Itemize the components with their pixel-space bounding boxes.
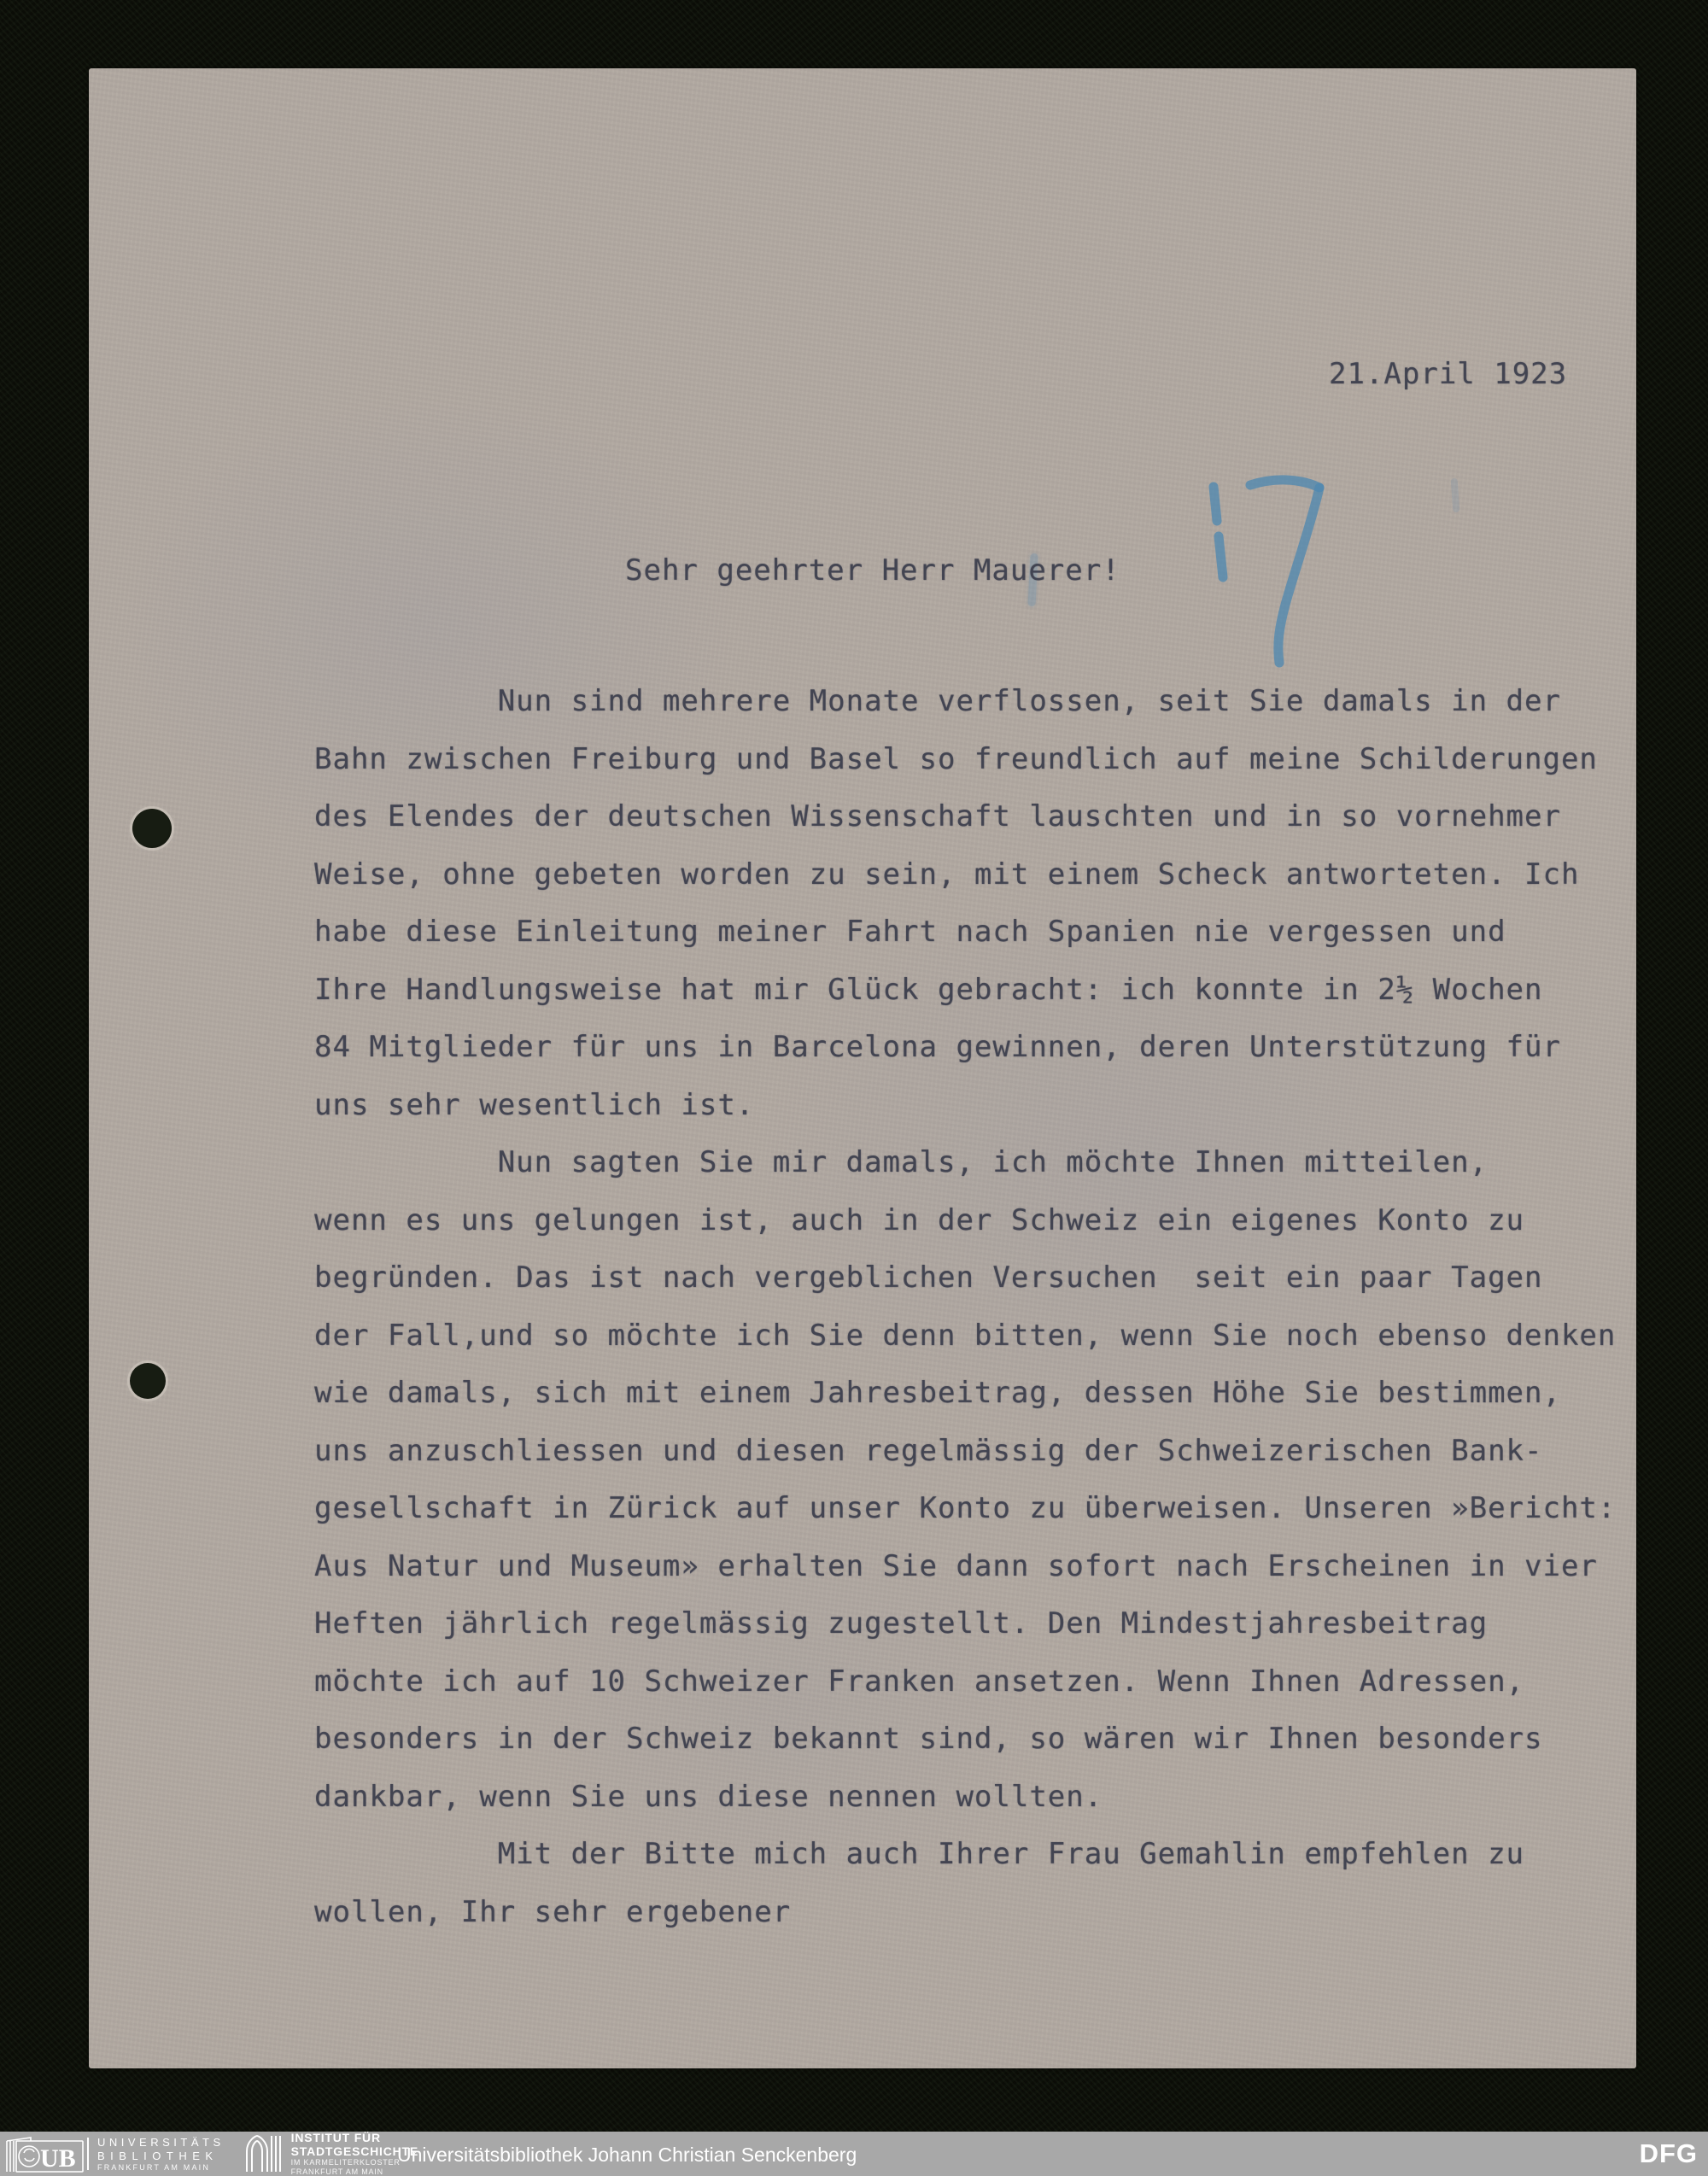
letter-line: Nun sind mehrere Monate verflossen, seit… [314,673,1616,731]
letter-line: der Fall,und so möchte ich Sie denn bitt… [314,1307,1616,1366]
letter-line: habe diese Einleitung meiner Fahrt nach … [314,904,1616,962]
letter-line: begründen. Das ist nach vergeblichen Ver… [314,1249,1616,1307]
ub-logo-text: UNIVERSITÄTS BIBLIOTHEK FRANKFURT AM MAI… [97,2137,225,2172]
letter-line: 84 Mitglieder für uns in Barcelona gewin… [314,1019,1616,1077]
letter-line: Heften jährlich regelmässig zugestellt. … [314,1595,1616,1653]
letter-date: 21.April 1923 [1329,357,1567,391]
letter-salutation: Sehr geehrter Herr Mauerer! [625,553,1120,588]
letter-line: Aus Natur und Museum» erhalten Sie dann … [314,1538,1616,1596]
library-credit: Universitätsbibliothek Johann Christian … [397,2144,857,2167]
ub-logo-icon: UB [5,2134,84,2173]
institut-line1: INSTITUT FÜR [291,2132,418,2144]
letter-line: Mit der Bitte mich auch Ihrer Frau Gemah… [314,1826,1616,1884]
ub-line2: BIBLIOTHEK [97,2150,225,2161]
letter-line: wie damals, sich mit einem Jahresbeitrag… [314,1365,1616,1423]
stadtgeschichte-logo-icon [243,2134,283,2173]
punch-hole-bottom [130,1363,166,1399]
letter-line: uns sehr wesentlich ist. [314,1077,1616,1135]
ub-line1: UNIVERSITÄTS [97,2137,225,2148]
dfg-logo: DFG [1640,2138,1698,2169]
stadtgeschichte-logo-group: INSTITUT FÜR STADTGESCHICHTE IM KARMELIT… [243,2132,418,2176]
scanned-letter-page: 21.April 1923 Sehr geehrter Herr Mauerer… [0,0,1708,2176]
letter-line: uns anzuschliessen und diesen regelmässi… [314,1423,1616,1481]
handwritten-page-number [1189,468,1342,673]
svg-text:UB: UB [40,2144,76,2173]
letter-line: Weise, ohne gebeten worden zu sein, mit … [314,846,1616,904]
letter-line: gesellschaft in Zürick auf unser Konto z… [314,1480,1616,1538]
letter-line: Bahn zwischen Freiburg und Basel so freu… [314,731,1616,789]
letter-body: Nun sind mehrere Monate verflossen, seit… [314,673,1616,1941]
footer-bar: UB UNIVERSITÄTS BIBLIOTHEK FRANKFURT AM … [0,2132,1708,2176]
institut-line4: FRANKFURT AM MAIN [291,2168,418,2176]
letter-line: möchte ich auf 10 Schweizer Franken anse… [314,1653,1616,1711]
letter-line: Ihre Handlungsweise hat mir Glück gebrac… [314,962,1616,1020]
punch-hole-top [132,809,172,848]
letter-line: wollen, Ihr sehr ergebener [314,1884,1616,1942]
letter-line: Nun sagten Sie mir damals, ich möchte Ih… [314,1134,1616,1192]
letter-line: besonders in der Schweiz bekannt sind, s… [314,1711,1616,1769]
letter-line: dankbar, wenn Sie uns diese nennen wollt… [314,1769,1616,1827]
ub-line3: FRANKFURT AM MAIN [97,2164,225,2172]
footer-divider [87,2138,89,2170]
letter-line: des Elendes der deutschen Wissenschaft l… [314,788,1616,846]
ub-logo-group: UB UNIVERSITÄTS BIBLIOTHEK FRANKFURT AM … [5,2132,225,2176]
letter-line: wenn es uns gelungen ist, auch in der Sc… [314,1192,1616,1250]
